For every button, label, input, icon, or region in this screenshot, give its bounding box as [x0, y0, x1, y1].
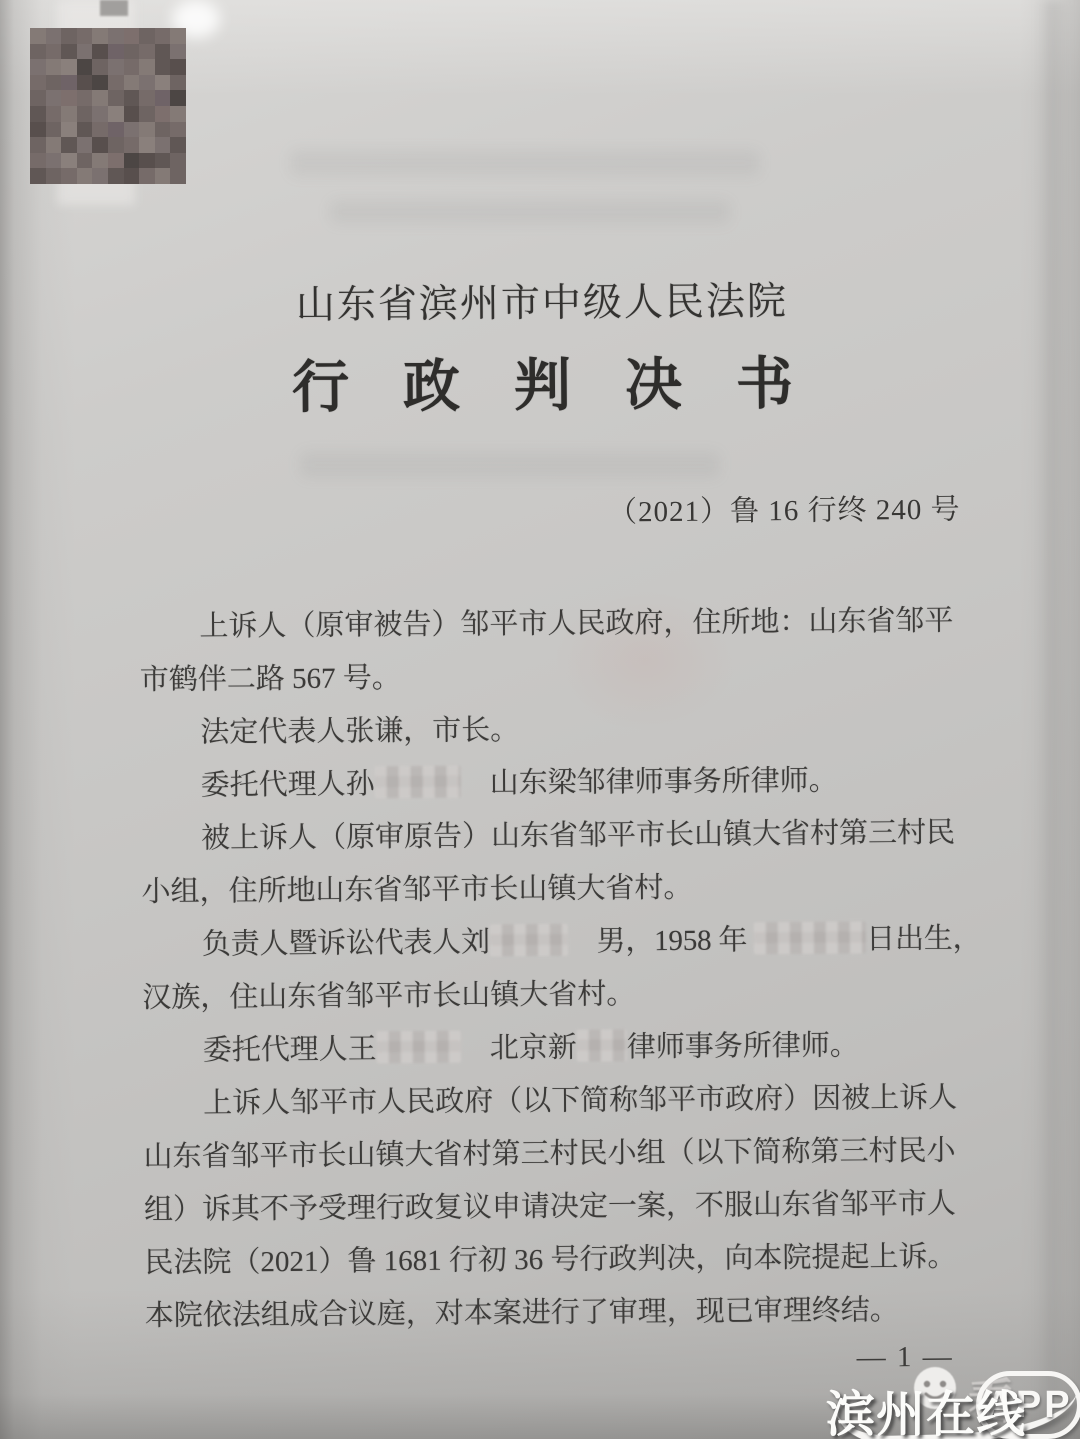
text-line: 被上诉人（原审原告）山东省邹平市长山镇大省村第三村民: [141, 807, 981, 867]
text-segment: 本院依法组成合议庭，对本案进行了审理，现已审理终结。: [145, 1294, 899, 1332]
page-number: — 1 —: [825, 1341, 985, 1375]
text-segment: 男，1958 年: [568, 924, 755, 957]
case-number: （2021）鲁 16 行终 240 号: [0, 486, 1079, 535]
text-segment: 山东梁邹律师事务所律师。: [461, 765, 838, 800]
judgment-document: 山东省滨州市中级人民法院 行政判决书 （2021）鲁 16 行终 240 号 上…: [0, 0, 1080, 1439]
text-segment: 委托代理人孙: [201, 768, 375, 801]
redacted-text: [375, 766, 461, 799]
text-segment: 小组，住所地山东省邹平市长山镇大省村。: [141, 872, 692, 908]
document-title: 行政判决书: [0, 336, 1080, 427]
redacted-text: [377, 1031, 461, 1064]
text-line: 市鹤伴二路 567 号。: [140, 648, 980, 708]
text-line: 法定代表人张谦，市长。: [140, 701, 980, 761]
text-line: 上诉人邹平市人民政府（以下简称邹平市政府）因被上诉人: [143, 1072, 983, 1132]
text-segment: 律师事务所律师。: [627, 1030, 859, 1064]
text-segment: 北京新: [461, 1032, 577, 1065]
redacted-text: [577, 1029, 627, 1061]
text-segment: 上诉人（原审被告）邹平市人民政府，住所地：山东省邹平: [199, 605, 953, 643]
text-line: 上诉人（原审被告）邹平市人民政府，住所地：山东省邹平: [139, 595, 979, 655]
text-line: 山东省邹平市长山镇大省村第三村民小组（以下简称第三村民小: [143, 1125, 983, 1185]
redacted-text: [490, 924, 568, 957]
court-name: 山东省滨州市中级人民法院: [0, 268, 1080, 333]
redacted-text: [754, 921, 866, 954]
text-segment: 汉族，住山东省邹平市长山镇大省村。: [142, 978, 635, 1014]
text-segment: 法定代表人张谦，市长。: [200, 714, 519, 749]
text-line: 委托代理人王 北京新律师事务所律师。: [143, 1019, 983, 1079]
text-segment: 市鹤伴二路 567 号。: [140, 662, 401, 696]
text-segment: 委托代理人王: [203, 1033, 377, 1066]
text-line: 民法院（2021）鲁 1681 行初 36 号行政判决，向本院提起上诉。: [144, 1231, 984, 1291]
text-line: 委托代理人孙 山东梁邹律师事务所律师。: [140, 754, 980, 814]
text-line: 负责人暨诉讼代表人刘 男，1958 年 日出生，: [142, 913, 982, 973]
text-segment: 山东省邹平市长山镇大省村第三村民小组（以下简称第三村民小: [143, 1135, 955, 1173]
text-segment: 组）诉其不予受理行政复议申请决定一案，不服山东省邹平市人: [144, 1188, 956, 1226]
text-segment: 上诉人邹平市人民政府（以下简称邹平市政府）因被上诉人: [203, 1082, 957, 1120]
text-line: 组）诉其不予受理行政复议申请决定一案，不服山东省邹平市人: [144, 1178, 984, 1238]
text-segment: 民法院（2021）鲁 1681 行初 36 号行政判决，向本院提起上诉。: [144, 1241, 956, 1279]
document-title-text: 行政判决书: [292, 338, 848, 424]
text-line: 本院依法组成合议庭，对本案进行了审理，现已审理终结。: [145, 1284, 985, 1344]
document-photo: 山东省滨州市中级人民法院 行政判决书 （2021）鲁 16 行终 240 号 上…: [0, 0, 1080, 1439]
text-segment: 负责人暨诉讼代表人刘: [202, 926, 490, 960]
document-body: 上诉人（原审被告）邹平市人民政府，住所地：山东省邹平市鹤伴二路 567 号。法定…: [139, 595, 985, 1344]
text-line: 汉族，住山东省邹平市长山镇大省村。: [142, 966, 982, 1026]
text-segment: 被上诉人（原审原告）山东省邹平市长山镇大省村第三村民: [201, 817, 955, 855]
text-segment: 日出生，: [866, 923, 981, 956]
text-line: 小组，住所地山东省邹平市长山镇大省村。: [141, 860, 981, 920]
